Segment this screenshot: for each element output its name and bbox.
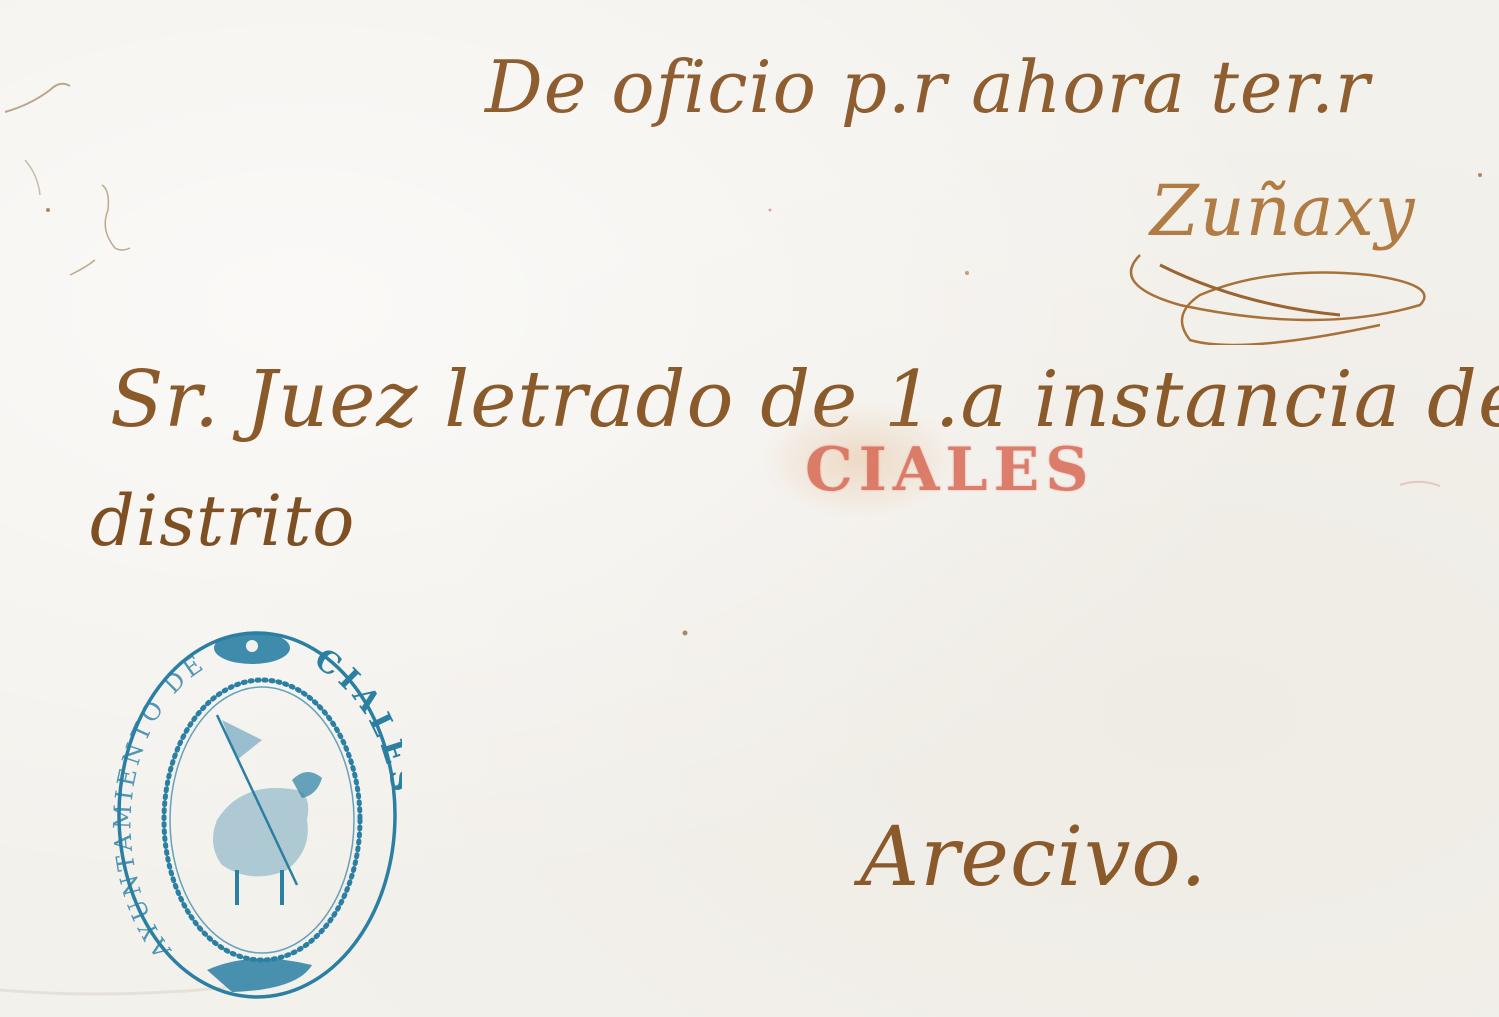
signature: Zuñaxy	[1150, 170, 1416, 252]
signature-flourish-icon	[1120, 245, 1440, 345]
seal-emblem-icon: CIALES AYUNTAMIENTO DE	[112, 620, 402, 1005]
town-postmark: CIALES	[805, 435, 1095, 505]
header-note: De oficio p.r ahora ter.r	[485, 45, 1370, 129]
document-sheet: De oficio p.r ahora ter.r Zuñaxy Sr. Jue…	[0, 0, 1499, 1017]
municipal-seal: CIALES AYUNTAMIENTO DE	[112, 620, 402, 1005]
address-line-2: distrito	[90, 480, 355, 562]
destination: Arecivo.	[860, 810, 1207, 905]
svg-text:AYUNTAMIENTO DE: AYUNTAMIENTO DE	[112, 648, 211, 964]
seal-text-left: AYUNTAMIENTO DE	[112, 648, 211, 964]
